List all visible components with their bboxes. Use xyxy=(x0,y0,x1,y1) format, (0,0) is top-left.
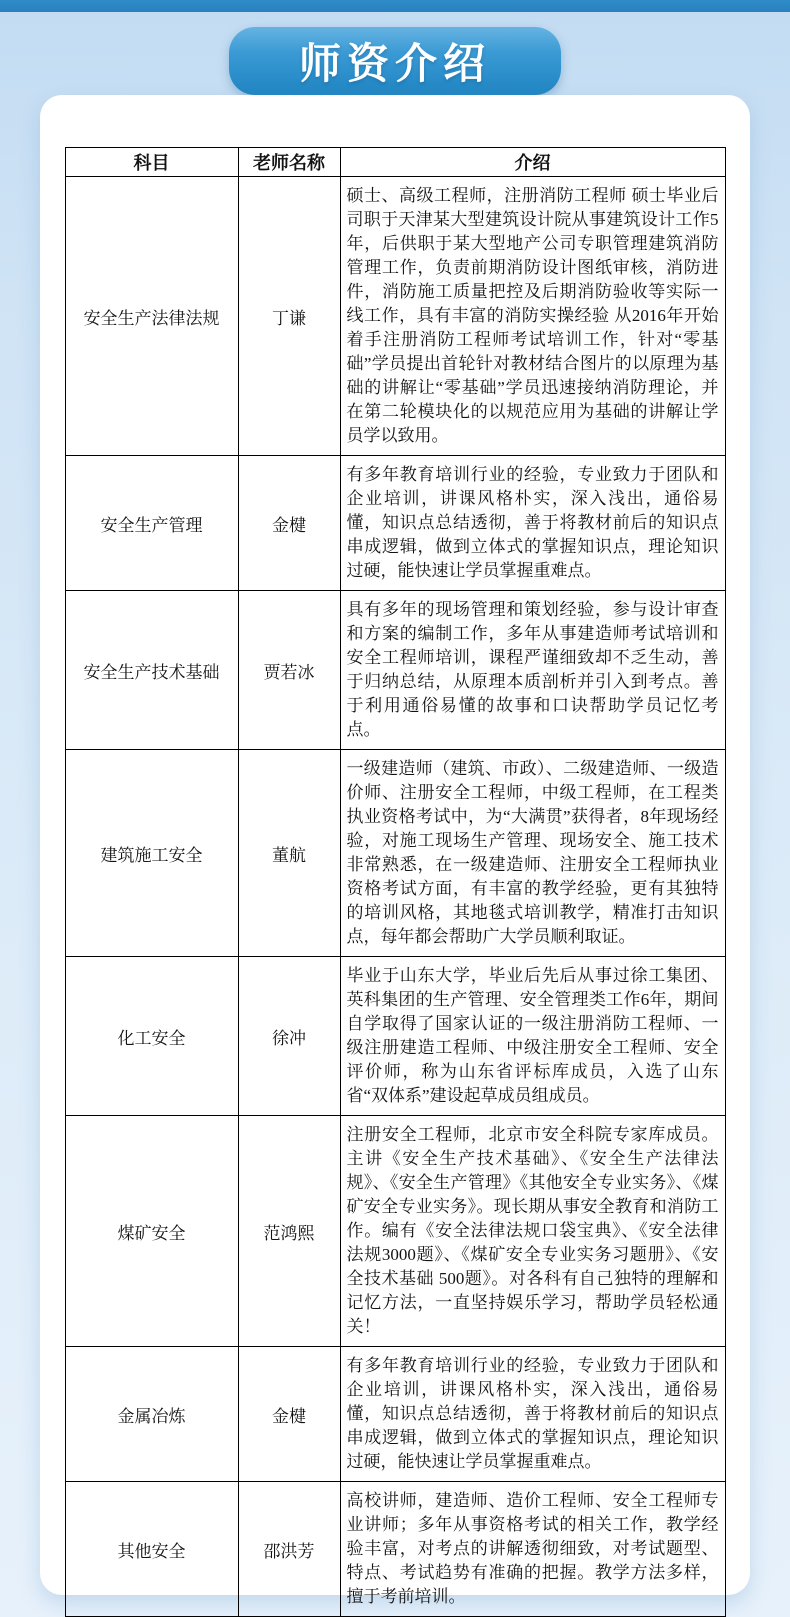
top-decorative-strip xyxy=(0,0,790,12)
col-header-introduction: 介绍 xyxy=(340,148,725,177)
teacher-name-cell: 徐冲 xyxy=(238,957,340,1116)
col-header-teacher-name: 老师名称 xyxy=(238,148,340,177)
introduction-cell: 注册安全工程师，北京市安全科院专家库成员。主讲《安全生产技术基础》、《安全生产法… xyxy=(340,1116,725,1347)
col-header-subject: 科目 xyxy=(65,148,238,177)
introduction-cell: 有多年教育培训行业的经验，专业致力于团队和企业培训，讲课风格朴实，深入浅出，通俗… xyxy=(340,456,725,591)
subject-cell: 安全生产法律法规 xyxy=(65,177,238,456)
page-title-banner: 师资介绍 xyxy=(229,27,561,95)
table-row: 金属冶炼 金楗 有多年教育培训行业的经验，专业致力于团队和企业培训，讲课风格朴实… xyxy=(65,1347,725,1482)
page-title: 师资介绍 xyxy=(299,31,491,91)
table-header-row: 科目 老师名称 介绍 xyxy=(65,148,725,177)
table-row: 安全生产管理 金楗 有多年教育培训行业的经验，专业致力于团队和企业培训，讲课风格… xyxy=(65,456,725,591)
teacher-name-cell: 邵洪芳 xyxy=(238,1482,340,1617)
subject-cell: 其他安全 xyxy=(65,1482,238,1617)
introduction-cell: 有多年教育培训行业的经验，专业致力于团队和企业培训，讲课风格朴实，深入浅出，通俗… xyxy=(340,1347,725,1482)
table-row: 煤矿安全 范鸿熙 注册安全工程师，北京市安全科院专家库成员。主讲《安全生产技术基… xyxy=(65,1116,725,1347)
subject-cell: 安全生产管理 xyxy=(65,456,238,591)
subject-cell: 安全生产技术基础 xyxy=(65,591,238,750)
teachers-table: 科目 老师名称 介绍 安全生产法律法规 丁谦 硕士、高级工程师，注册消防工程师 … xyxy=(65,147,726,1617)
table-row: 安全生产技术基础 贾若冰 具有多年的现场管理和策划经验，参与设计审查和方案的编制… xyxy=(65,591,725,750)
table-row: 建筑施工安全 董航 一级建造师（建筑、市政）、二级建造师、一级造价师、注册安全工… xyxy=(65,750,725,957)
introduction-cell: 硕士、高级工程师，注册消防工程师 硕士毕业后司职于天津某大型建筑设计院从事建筑设… xyxy=(340,177,725,456)
introduction-cell: 高校讲师，建造师、造价工程师、安全工程师专业讲师；多年从事资格考试的相关工作，教… xyxy=(340,1482,725,1617)
table-row: 安全生产法律法规 丁谦 硕士、高级工程师，注册消防工程师 硕士毕业后司职于天津某… xyxy=(65,177,725,456)
introduction-cell: 毕业于山东大学，毕业后先后从事过徐工集团、英科集团的生产管理、安全管理类工作6年… xyxy=(340,957,725,1116)
subject-cell: 金属冶炼 xyxy=(65,1347,238,1482)
table-row: 其他安全 邵洪芳 高校讲师，建造师、造价工程师、安全工程师专业讲师；多年从事资格… xyxy=(65,1482,725,1617)
subject-cell: 煤矿安全 xyxy=(65,1116,238,1347)
teacher-name-cell: 范鸿熙 xyxy=(238,1116,340,1347)
teacher-name-cell: 贾若冰 xyxy=(238,591,340,750)
subject-cell: 化工安全 xyxy=(65,957,238,1116)
teacher-name-cell: 金楗 xyxy=(238,1347,340,1482)
teacher-name-cell: 董航 xyxy=(238,750,340,957)
introduction-cell: 一级建造师（建筑、市政）、二级建造师、一级造价师、注册安全工程师，中级工程师，在… xyxy=(340,750,725,957)
teacher-name-cell: 金楗 xyxy=(238,456,340,591)
teacher-name-cell: 丁谦 xyxy=(238,177,340,456)
subject-cell: 建筑施工安全 xyxy=(65,750,238,957)
table-row: 化工安全 徐冲 毕业于山东大学，毕业后先后从事过徐工集团、英科集团的生产管理、安… xyxy=(65,957,725,1116)
introduction-cell: 具有多年的现场管理和策划经验，参与设计审查和方案的编制工作，多年从事建造师考试培… xyxy=(340,591,725,750)
content-card: 科目 老师名称 介绍 安全生产法律法规 丁谦 硕士、高级工程师，注册消防工程师 … xyxy=(40,95,750,1595)
